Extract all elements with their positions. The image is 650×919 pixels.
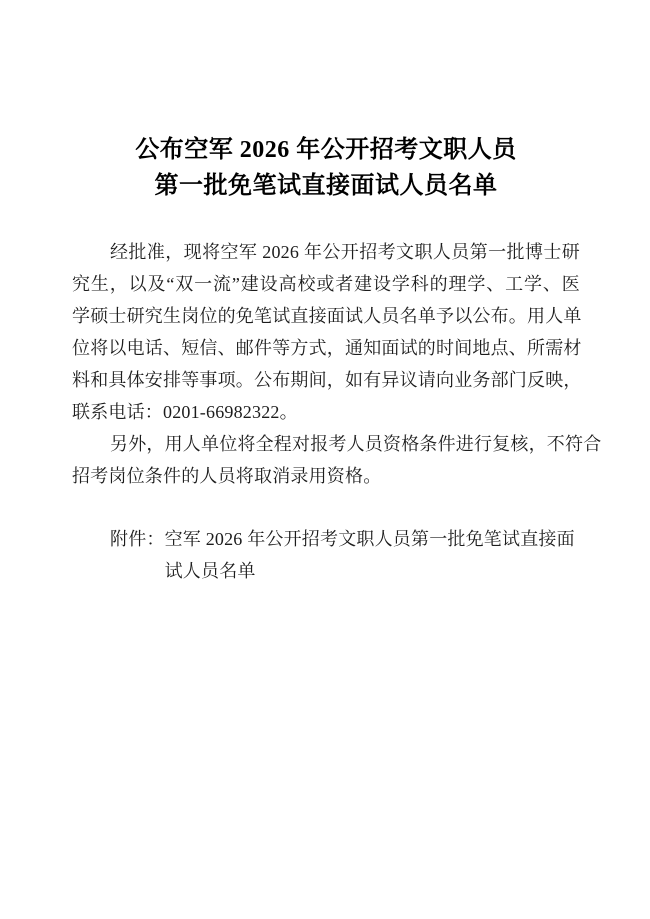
contact-phone-line: 联系电话：0201-66982322。 xyxy=(72,396,580,428)
document-title-line-1: 公布空军 2026 年公开招考文职人员 xyxy=(72,132,580,168)
paragraph-line: 位将以电话、短信、邮件等方式，通知面试的时间地点、所需材 xyxy=(72,332,580,364)
document-title-line-2: 第一批免笔试直接面试人员名单 xyxy=(72,168,580,204)
attachment-section: 附件： 空军 2026 年公开招考文职人员第一批免笔试直接面 试人员名单 xyxy=(72,523,580,587)
paragraph-line: 料和具体安排等事项。公布期间，如有异议请向业务部门反映， xyxy=(72,364,580,396)
attachment-title-line-1: 空军 2026 年公开招考文职人员第一批免笔试直接面 xyxy=(165,523,580,555)
document-title: 公布空军 2026 年公开招考文职人员 第一批免笔试直接面试人员名单 xyxy=(72,132,580,204)
paragraph-line: 另外，用人单位将全程对报考人员资格条件进行复核，不符合 xyxy=(72,428,580,460)
paragraph-line: 究生，以及“双一流”建设高校或者建设学科的理学、工学、医 xyxy=(72,268,580,300)
attachment-title-line-2: 试人员名单 xyxy=(165,555,580,587)
attachment-label: 附件： xyxy=(110,523,165,555)
paragraph-qualification-review: 另外，用人单位将全程对报考人员资格条件进行复核，不符合 招考岗位条件的人员将取消… xyxy=(72,428,580,492)
paragraph-approval-notice: 经批准，现将空军 2026 年公开招考文职人员第一批博士研 究生，以及“双一流”… xyxy=(72,236,580,428)
document-viewport: { "page": { "background_color": "#ffffff… xyxy=(0,0,650,919)
paragraph-line: 经批准，现将空军 2026 年公开招考文职人员第一批博士研 xyxy=(72,236,580,268)
attachment-title: 空军 2026 年公开招考文职人员第一批免笔试直接面 试人员名单 xyxy=(165,523,580,587)
paragraph-line: 学硕士研究生岗位的免笔试直接面试人员名单予以公布。用人单 xyxy=(72,300,580,332)
paragraph-line: 招考岗位条件的人员将取消录用资格。 xyxy=(72,460,580,492)
announcement-page: 公布空军 2026 年公开招考文职人员 第一批免笔试直接面试人员名单 经批准，现… xyxy=(0,0,650,919)
